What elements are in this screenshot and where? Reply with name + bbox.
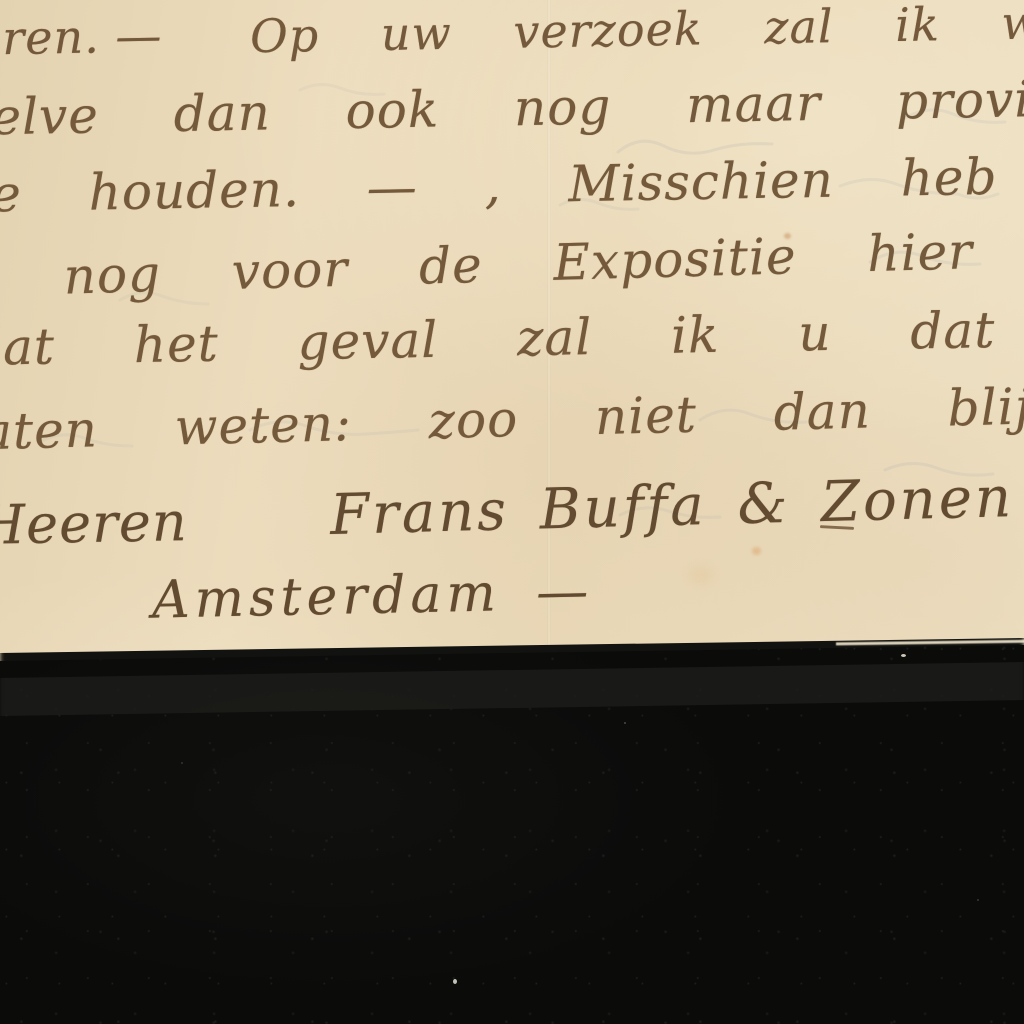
- dust-fleck: [453, 979, 457, 984]
- addressee-city: Amsterdam —: [151, 561, 593, 630]
- dust-fleck: [181, 762, 183, 764]
- letter-line-5: dat het geval zal ik u dat: [0, 301, 996, 377]
- letter-line-4: e nog voor de Expositie hier noo: [0, 218, 1024, 309]
- paper-stain: [752, 547, 761, 555]
- letter-line-3: te houden. — , Misschien heb i: [0, 146, 1024, 223]
- ink-stain: [784, 233, 791, 239]
- dust-fleck: [901, 654, 906, 657]
- letter-line-2: zelve dan ook nog maar provisionee: [0, 67, 1024, 147]
- addressee-prefix: Heeren: [0, 490, 188, 557]
- letter-photograph: eren. — Op uw verzoek zal ik wel zelve d…: [0, 0, 1024, 1024]
- letter-line-1: Op uw verzoek zal ik wel: [250, 0, 1024, 63]
- letter-line-6: laten weten: zoo niet dan blijft: [0, 376, 1024, 461]
- letter-line-1-left-fragment: eren. —: [0, 8, 163, 65]
- addressee-name: Frans Buffa & Zonen: [329, 465, 1014, 548]
- dust-fleck: [977, 899, 979, 901]
- paper-stain: [688, 566, 714, 584]
- dust-fleck: [624, 722, 626, 724]
